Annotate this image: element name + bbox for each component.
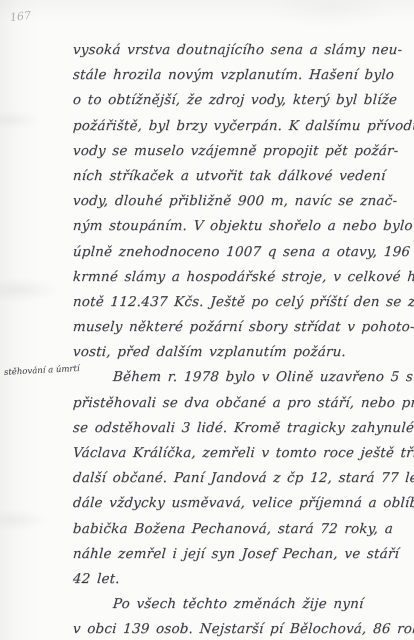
- handwritten-line: přistěhovali se dva občané a pro stáří, …: [72, 391, 414, 416]
- chronicle-page: 167 stěhování a úmrtí vysoká vrstva dout…: [0, 0, 414, 640]
- handwritten-line: stále hrozila novým vzplanutím. Hašení b…: [72, 63, 414, 88]
- margin-note: stěhování a úmrtí: [4, 364, 74, 378]
- handwritten-line-paragraph-start: Po všech těchto změnách žije nyní: [72, 592, 414, 617]
- handwritten-line-paragraph-start: Během r. 1978 bylo v Olině uzavřeno 5 sň…: [72, 365, 414, 390]
- handwritten-line: v obci 139 osob. Nejstarší pí Bělochová,…: [72, 617, 414, 640]
- handwritten-line: Václava Králíčka, zemřeli v tomto roce j…: [72, 441, 414, 466]
- handwritten-line: další občané. Paní Jandová z čp 12, star…: [72, 466, 414, 491]
- handwritten-line: krmné slámy a hospodářské stroje, v celk…: [72, 265, 414, 290]
- handwriting-text-block: vysoká vrstva doutnajícího sena a slámy …: [72, 38, 412, 640]
- handwritten-line: o to obtížnější, že zdroj vody, který by…: [72, 88, 414, 113]
- handwritten-line: 42 let.: [72, 567, 414, 592]
- handwritten-line: náhle zemřel i její syn Josef Pechan, ve…: [72, 542, 414, 567]
- handwritten-line: se odstěhovali 3 lidé. Kromě tragicky za…: [72, 416, 414, 441]
- handwritten-line: vody, dlouhé přibližně 900 m, navíc se z…: [72, 189, 414, 214]
- handwritten-line: ních stříkaček a utvořit tak dálkové ved…: [72, 164, 414, 189]
- handwritten-line: musely některé požární sbory střídat v p…: [72, 315, 414, 340]
- handwritten-line: vosti, před dalším vzplanutím požáru.: [72, 340, 414, 365]
- handwritten-line: dále vždycky usměvavá, velice příjemná a…: [72, 491, 414, 516]
- handwritten-line: ným stoupáním. V objektu shořelo a nebo …: [72, 214, 414, 239]
- page-number: 167: [9, 9, 31, 24]
- handwritten-line: vysoká vrstva doutnajícího sena a slámy …: [72, 38, 414, 63]
- handwritten-line: babička Božena Pechanová, stará 72 roky,…: [72, 517, 414, 542]
- handwritten-line: notě 112.437 Kčs. Ještě po celý příští d…: [72, 290, 414, 315]
- handwritten-line: úplně znehodnoceno 1007 q sena a otavy, …: [72, 240, 414, 265]
- handwritten-line: vody se muselo vzájemně propojit pět pož…: [72, 139, 414, 164]
- handwritten-line: požářiště, byl brzy vyčerpán. K dalšímu …: [72, 114, 414, 139]
